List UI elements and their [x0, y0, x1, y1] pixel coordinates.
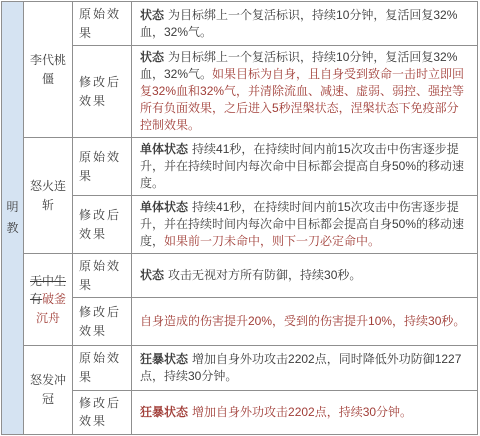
effect-type-label: 修改后效果 — [73, 196, 132, 254]
table-row: 修改后效果 狂暴状态增加自身外功攻击2202点，持续30分钟。 — [2, 390, 478, 434]
table-row: 怒火连斩 原始效果 单体状态持续41秒，在持续时间内前15次攻击中伤害逐步提升，… — [2, 138, 478, 196]
faction-cell: 明教 — [2, 2, 24, 435]
status-label-highlight: 狂暴状态 — [140, 405, 188, 419]
effect-description: 单体状态持续41秒，在持续时间内前15次攻击中伤害逐步提升，并在持续时间内每次命… — [132, 138, 478, 196]
description-text: 持续41秒，在持续时间内前15次攻击中伤害逐步提升，并在持续时间内每次命中目标都… — [140, 142, 464, 190]
table-row: 修改后效果 状态为目标绑上一个复活标识，持续10分钟，复活回复32%血，32%气… — [2, 46, 478, 138]
table-row: 修改后效果 自身造成的伤害提升20%，受到的伤害提升10%，持续30秒。 — [2, 298, 478, 346]
effect-type-label: 原始效果 — [73, 2, 132, 46]
table-row: 修改后效果 单体状态持续41秒，在持续时间内前15次攻击中伤害逐步提升，并在持续… — [2, 196, 478, 254]
status-label: 狂暴状态 — [140, 352, 188, 366]
skill-name: 怒火连斩 — [30, 179, 66, 212]
skill-name-cell: 无中生有破釜沉舟 — [24, 254, 73, 346]
skill-name-cell: 怒火连斩 — [24, 138, 73, 254]
effect-description: 状态为目标绑上一个复活标识，持续10分钟，复活回复32%血，32%气。如果目标为… — [132, 46, 478, 138]
effect-description: 状态攻击无视对方所有防御，持续30秒。 — [132, 254, 478, 298]
effect-type-label: 修改后效果 — [73, 390, 132, 434]
faction-label: 明教 — [6, 200, 18, 234]
effect-description: 状态为目标绑上一个复活标识，持续10分钟，复活回复32%血，32%气。 — [132, 2, 478, 46]
status-label: 状态 — [140, 50, 164, 64]
status-label: 状态 — [140, 268, 164, 282]
status-label: 状态 — [140, 8, 164, 22]
description-text: 为目标绑上一个复活标识，持续10分钟，复活回复32%血，32%气。 — [140, 8, 457, 39]
status-label: 单体状态 — [140, 200, 188, 214]
table-row: 明教 李代桃僵 原始效果 状态为目标绑上一个复活标识，持续10分钟，复活回复32… — [2, 2, 478, 46]
description-text: 攻击无视对方所有防御，持续30秒。 — [168, 268, 361, 282]
effect-description: 自身造成的伤害提升20%，受到的伤害提升10%，持续30秒。 — [132, 298, 478, 346]
skill-name-cell: 李代桃僵 — [24, 2, 73, 138]
effect-description: 狂暴状态增加自身外功攻击2202点，同时降低外功防御1227点，持续30分钟。 — [132, 346, 478, 390]
effect-type-label: 原始效果 — [73, 346, 132, 390]
effect-type-label: 修改后效果 — [73, 298, 132, 346]
table-row: 怒发冲冠 原始效果 狂暴状态增加自身外功攻击2202点，同时降低外功防御1227… — [2, 346, 478, 390]
skill-name: 李代桃僵 — [30, 53, 66, 86]
description-highlight: 增加自身外功攻击2202点，持续30分钟。 — [192, 405, 412, 419]
effect-type-label: 原始效果 — [73, 138, 132, 196]
skill-name: 怒发冲冠 — [30, 373, 66, 406]
skill-change-table: 明教 李代桃僵 原始效果 状态为目标绑上一个复活标识，持续10分钟，复活回复32… — [1, 1, 478, 435]
effect-description: 狂暴状态增加自身外功攻击2202点，持续30分钟。 — [132, 390, 478, 434]
description-highlight: 如果前一刀未命中，则下一刀必定命中。 — [164, 234, 380, 248]
effect-description: 单体状态持续41秒，在持续时间内前15次攻击中伤害逐步提升，并在持续时间内每次命… — [132, 196, 478, 254]
skill-name-cell: 怒发冲冠 — [24, 346, 73, 434]
effect-type-label: 原始效果 — [73, 254, 132, 298]
description-text: 增加自身外功攻击2202点，同时降低外功防御1227点，持续30分钟。 — [140, 352, 461, 383]
description-highlight: 自身造成的伤害提升20%，受到的伤害提升10%，持续30秒。 — [140, 314, 465, 328]
effect-type-label: 修改后效果 — [73, 46, 132, 138]
status-label: 单体状态 — [140, 142, 188, 156]
table-row: 无中生有破釜沉舟 原始效果 状态攻击无视对方所有防御，持续30秒。 — [2, 254, 478, 298]
